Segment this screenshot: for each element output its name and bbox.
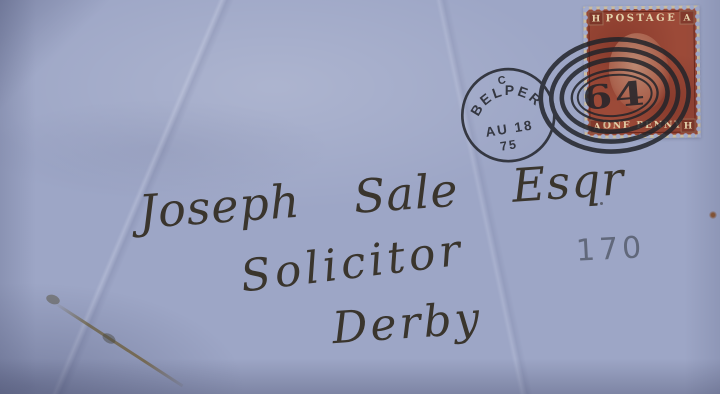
datestamp-date: AU 18 <box>484 117 534 139</box>
address-line-occupation: Solicitor <box>238 224 467 302</box>
pencil-number: 170 <box>575 230 646 269</box>
killer-number: 64 <box>581 74 649 118</box>
brown-speck <box>709 211 717 219</box>
envelope-photo: Joseph Sale Esqr Solicitor Derby 170 POS… <box>0 0 720 394</box>
stamp-corner-letter-top-right: A <box>679 10 694 24</box>
stain-line <box>55 302 184 387</box>
stamp-corner-letter-top-left: H <box>588 11 603 25</box>
ink-speck <box>600 202 603 205</box>
datestamp-year: 75 <box>499 137 519 154</box>
duplex-postmark: 64 C BELPER AU 18 75 <box>437 26 702 185</box>
numeral-killer-oval: 64 <box>536 33 693 157</box>
address-line-town: Derby <box>330 293 484 354</box>
